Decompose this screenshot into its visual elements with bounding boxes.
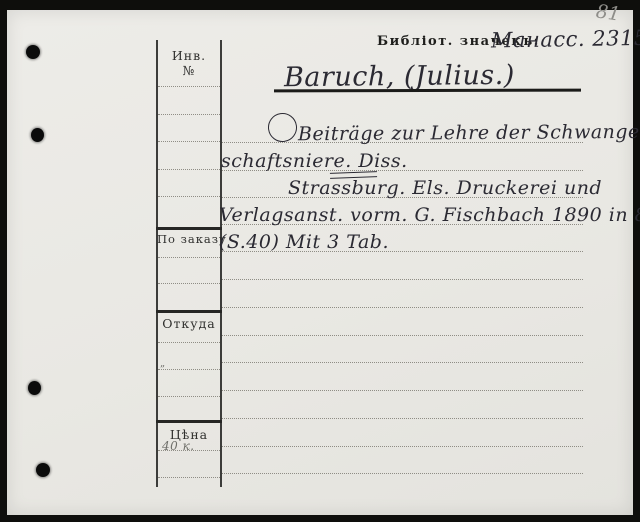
punch-hole	[36, 463, 50, 477]
punch-hole	[31, 128, 44, 142]
label-column-ruled-line	[158, 169, 220, 170]
title-line1-handwriting: Beiträge zur Lehre der Schwanger=	[298, 121, 640, 146]
label-column-ruled-line	[158, 342, 220, 343]
ruled-line	[222, 307, 583, 308]
ruled-line	[222, 446, 583, 447]
inventory-number-label: Инв. №	[157, 48, 221, 78]
ruled-line	[222, 279, 583, 280]
price-value-handwriting: 40 к.	[162, 439, 195, 453]
section-divider	[156, 227, 222, 230]
origin-ditto-mark: „	[157, 358, 174, 369]
order-label: По заказу	[157, 232, 221, 246]
section-divider	[156, 420, 222, 423]
scanned-catalog-card: Инв. № По заказу Откуда „ Цѣна 40 к. Биб…	[0, 0, 640, 522]
title-line2-handwriting: schaftsniere. Diss.	[221, 150, 408, 172]
ruled-line	[222, 362, 583, 363]
origin-label: Откуда	[157, 316, 221, 331]
label-column-ruled-line	[158, 141, 220, 142]
ruled-line	[222, 473, 583, 474]
ruled-line	[222, 390, 583, 391]
label-column-ruled-line	[158, 86, 220, 87]
ruled-line	[222, 418, 583, 419]
section-divider	[156, 310, 222, 313]
imprint-line2-handwriting: Verlagsanst. vorm. G. Fischbach 1890 in …	[219, 204, 640, 226]
label-column-ruled-line	[158, 477, 220, 478]
label-column-ruled-line	[158, 396, 220, 397]
ruled-line	[222, 335, 583, 336]
punch-hole	[28, 381, 41, 395]
corner-pencil-mark: 81	[595, 0, 622, 25]
library-mark-value-handwriting: Манасс. 23158.	[491, 25, 640, 52]
label-column-ruled-line	[158, 257, 220, 258]
label-column-ruled-line	[158, 114, 220, 115]
label-column-ruled-line	[158, 196, 220, 197]
label-column-ruled-line	[158, 283, 220, 284]
collation-handwriting: (S.40) Mit 3 Tab.	[219, 231, 389, 253]
imprint-line1-handwriting: Strassburg. Els. Druckerei und	[288, 177, 602, 199]
label-column-ruled-line	[158, 369, 220, 370]
punch-hole	[26, 45, 40, 59]
